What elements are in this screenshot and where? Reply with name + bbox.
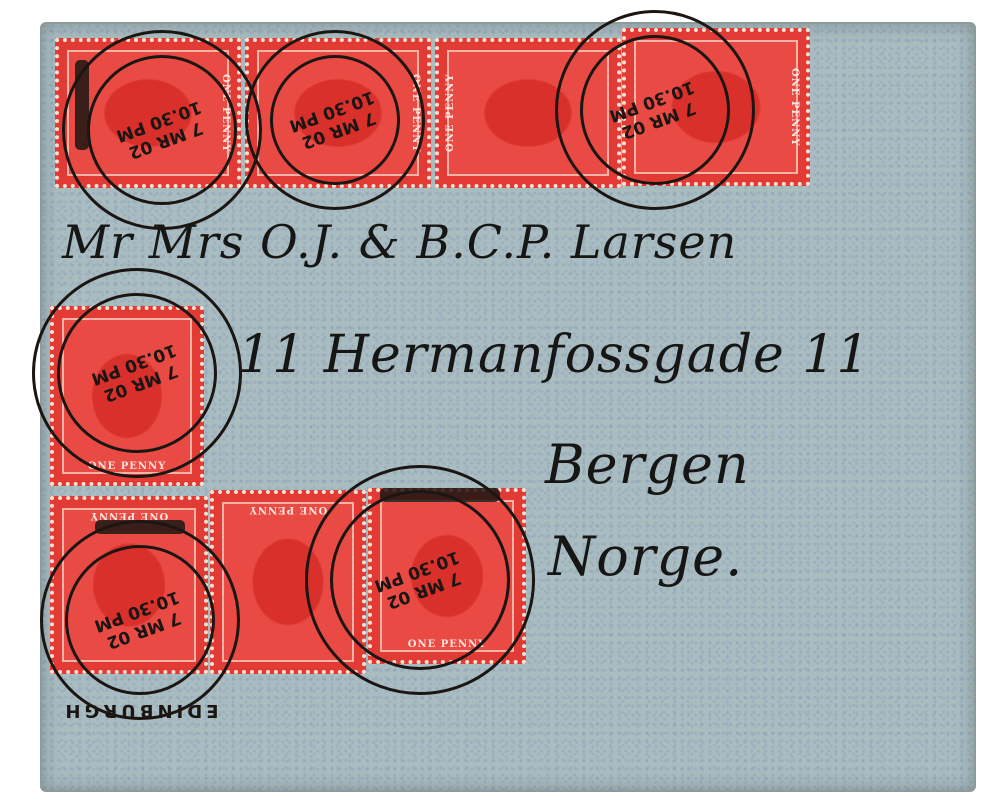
address-line-country: Norge.	[548, 525, 743, 588]
cancel-bars	[380, 488, 500, 502]
postmark: 7 MR 0210.30 PM EDINBURGH	[40, 520, 240, 720]
postmark: 7 MR 0210.30 PM	[555, 10, 755, 210]
cancel-bars	[95, 520, 185, 534]
postmark: 7 MR 0210.30 PM	[62, 30, 262, 230]
postmark: 7 MR 0210.30 PM	[245, 30, 425, 210]
address-line-name: Mr Mrs O.J. & B.C.P. Larsen	[62, 215, 737, 269]
address-line-street: 11 Hermanfossgade 11	[238, 325, 870, 385]
address-line-city: Bergen	[545, 433, 750, 496]
cancel-bars	[75, 60, 89, 150]
postmark: 7 MR 0210.30 PM	[32, 268, 242, 478]
